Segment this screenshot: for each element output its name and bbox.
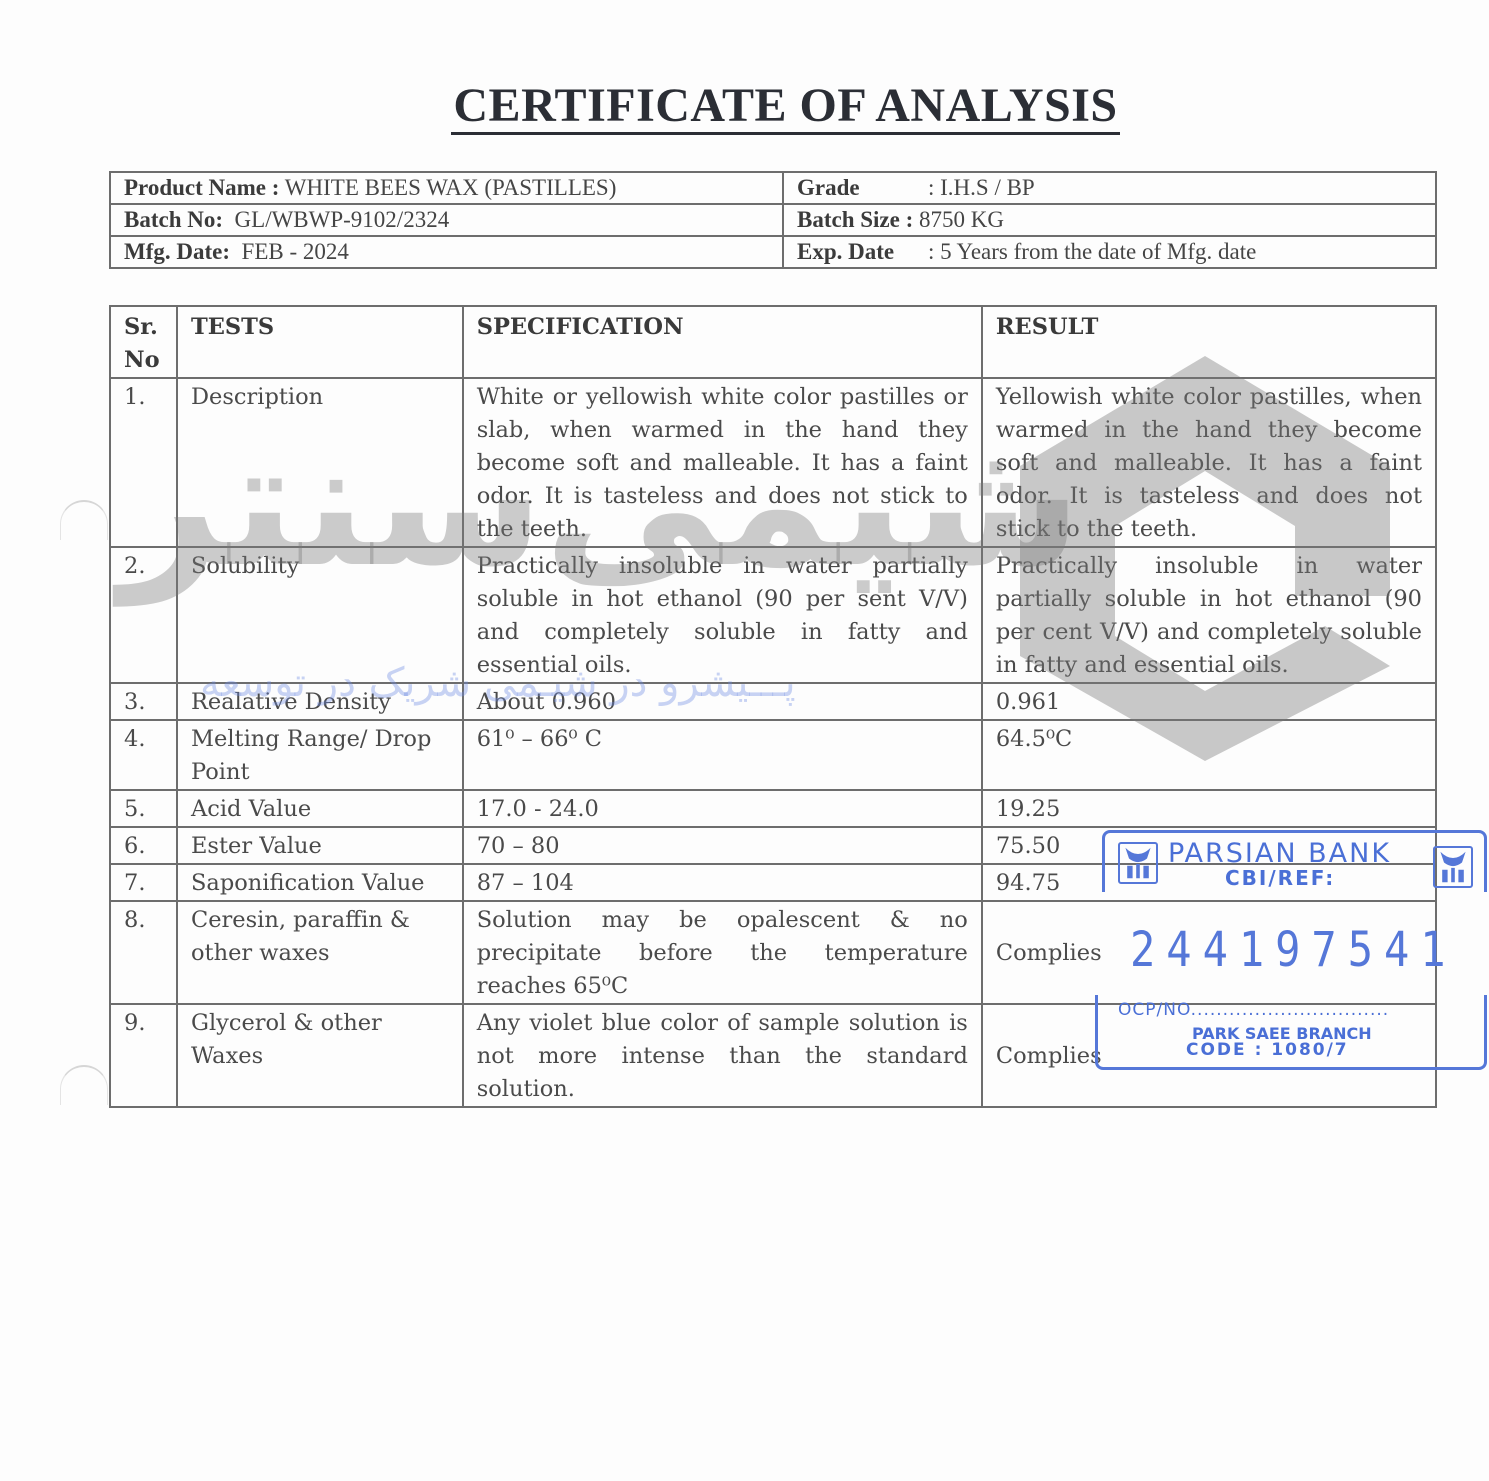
sr-no-cell: 6. xyxy=(110,827,177,864)
result-cell: Yellowish white color pastilles, when wa… xyxy=(982,378,1436,547)
batch-size-cell: Batch Size : 8750 KG xyxy=(783,204,1436,236)
test-name-cell: Solubility xyxy=(177,547,463,683)
analysis-row: 8.Ceresin, paraffin & other waxesSolutio… xyxy=(110,901,1436,1004)
stamp-frame-bottom xyxy=(1095,995,1487,1070)
analysis-row: 5.Acid Value17.0 - 24.019.25 xyxy=(110,790,1436,827)
sr-no-cell: 3. xyxy=(110,683,177,720)
exp-date-value: 5 Years from the date of Mfg. date xyxy=(940,239,1256,264)
grade-cell: Grade: I.H.S / BP xyxy=(783,172,1436,204)
document-title: CERTIFICATE OF ANALYSIS xyxy=(0,78,1489,135)
product-name-cell: Product Name : WHITE BEES WAX (PASTILLES… xyxy=(110,172,783,204)
stamp-frame-top xyxy=(1102,830,1487,892)
analysis-row: 3.Realative DensityAbout 0.9600.961 xyxy=(110,683,1436,720)
punch-hole xyxy=(60,1065,108,1105)
specification-cell: Practically insoluble in water partially… xyxy=(463,547,982,683)
analysis-header-row: Sr. No TESTS SPECIFICATION RESULT xyxy=(110,306,1436,378)
batch-no-cell: Batch No: GL/WBWP-9102/2324 xyxy=(110,204,783,236)
batch-no-value: GL/WBWP-9102/2324 xyxy=(235,207,450,232)
test-name-cell: Description xyxy=(177,378,463,547)
test-name-cell: Saponification Value xyxy=(177,864,463,901)
mfg-date-value: FEB - 2024 xyxy=(242,239,349,264)
sr-no-cell: 1. xyxy=(110,378,177,547)
test-name-cell: Realative Density xyxy=(177,683,463,720)
mfg-date-cell: Mfg. Date: FEB - 2024 xyxy=(110,236,783,268)
sr-no-cell: 7. xyxy=(110,864,177,901)
sr-no-cell: 5. xyxy=(110,790,177,827)
result-cell: Complies xyxy=(982,901,1436,1004)
info-row: Batch No: GL/WBWP-9102/2324 Batch Size :… xyxy=(110,204,1436,236)
specification-cell: 17.0 - 24.0 xyxy=(463,790,982,827)
specification-cell: Solution may be opalescent & no precipit… xyxy=(463,901,982,1004)
header-specification: SPECIFICATION xyxy=(463,306,982,378)
result-cell: 64.5⁰C xyxy=(982,720,1436,790)
specification-cell: Any violet blue color of sample solution… xyxy=(463,1004,982,1107)
bank-logo-icon xyxy=(1433,846,1473,888)
analysis-row: 1.DescriptionWhite or yellowish white co… xyxy=(110,378,1436,547)
analysis-row: 2.SolubilityPractically insoluble in wat… xyxy=(110,547,1436,683)
sr-no-cell: 9. xyxy=(110,1004,177,1107)
test-name-cell: Ester Value xyxy=(177,827,463,864)
exp-date-cell: Exp. Date: 5 Years from the date of Mfg.… xyxy=(783,236,1436,268)
sr-no-cell: 4. xyxy=(110,720,177,790)
bank-logo-icon xyxy=(1118,842,1158,884)
specification-cell: 87 – 104 xyxy=(463,864,982,901)
specification-cell: 61⁰ – 66⁰ C xyxy=(463,720,982,790)
certificate-page: CERTIFICATE OF ANALYSIS Product Name : W… xyxy=(0,0,1489,1481)
test-name-cell: Ceresin, paraffin & other waxes xyxy=(177,901,463,1004)
header-result: RESULT xyxy=(982,306,1436,378)
test-name-cell: Melting Range/ Drop Point xyxy=(177,720,463,790)
product-info-table: Product Name : WHITE BEES WAX (PASTILLES… xyxy=(109,171,1437,269)
punch-hole xyxy=(60,500,108,540)
sr-no-cell: 2. xyxy=(110,547,177,683)
specification-cell: 70 – 80 xyxy=(463,827,982,864)
result-cell: Practically insoluble in water partially… xyxy=(982,547,1436,683)
analysis-table: Sr. No TESTS SPECIFICATION RESULT 1.Desc… xyxy=(109,305,1437,1108)
product-name-value: WHITE BEES WAX (PASTILLES) xyxy=(285,175,617,200)
specification-cell: About 0.960 xyxy=(463,683,982,720)
test-name-cell: Glycerol & other Waxes xyxy=(177,1004,463,1107)
test-name-cell: Acid Value xyxy=(177,790,463,827)
analysis-row: 4.Melting Range/ Drop Point61⁰ – 66⁰ C64… xyxy=(110,720,1436,790)
header-tests: TESTS xyxy=(177,306,463,378)
info-row: Mfg. Date: FEB - 2024 Exp. Date: 5 Years… xyxy=(110,236,1436,268)
specification-cell: White or yellowish white color pastilles… xyxy=(463,378,982,547)
grade-value: I.H.S / BP xyxy=(940,175,1035,200)
info-row: Product Name : WHITE BEES WAX (PASTILLES… xyxy=(110,172,1436,204)
batch-size-value: 8750 KG xyxy=(919,207,1004,232)
sr-no-cell: 8. xyxy=(110,901,177,1004)
header-sr-no: Sr. No xyxy=(110,306,177,378)
result-cell: 0.961 xyxy=(982,683,1436,720)
result-cell: 19.25 xyxy=(982,790,1436,827)
